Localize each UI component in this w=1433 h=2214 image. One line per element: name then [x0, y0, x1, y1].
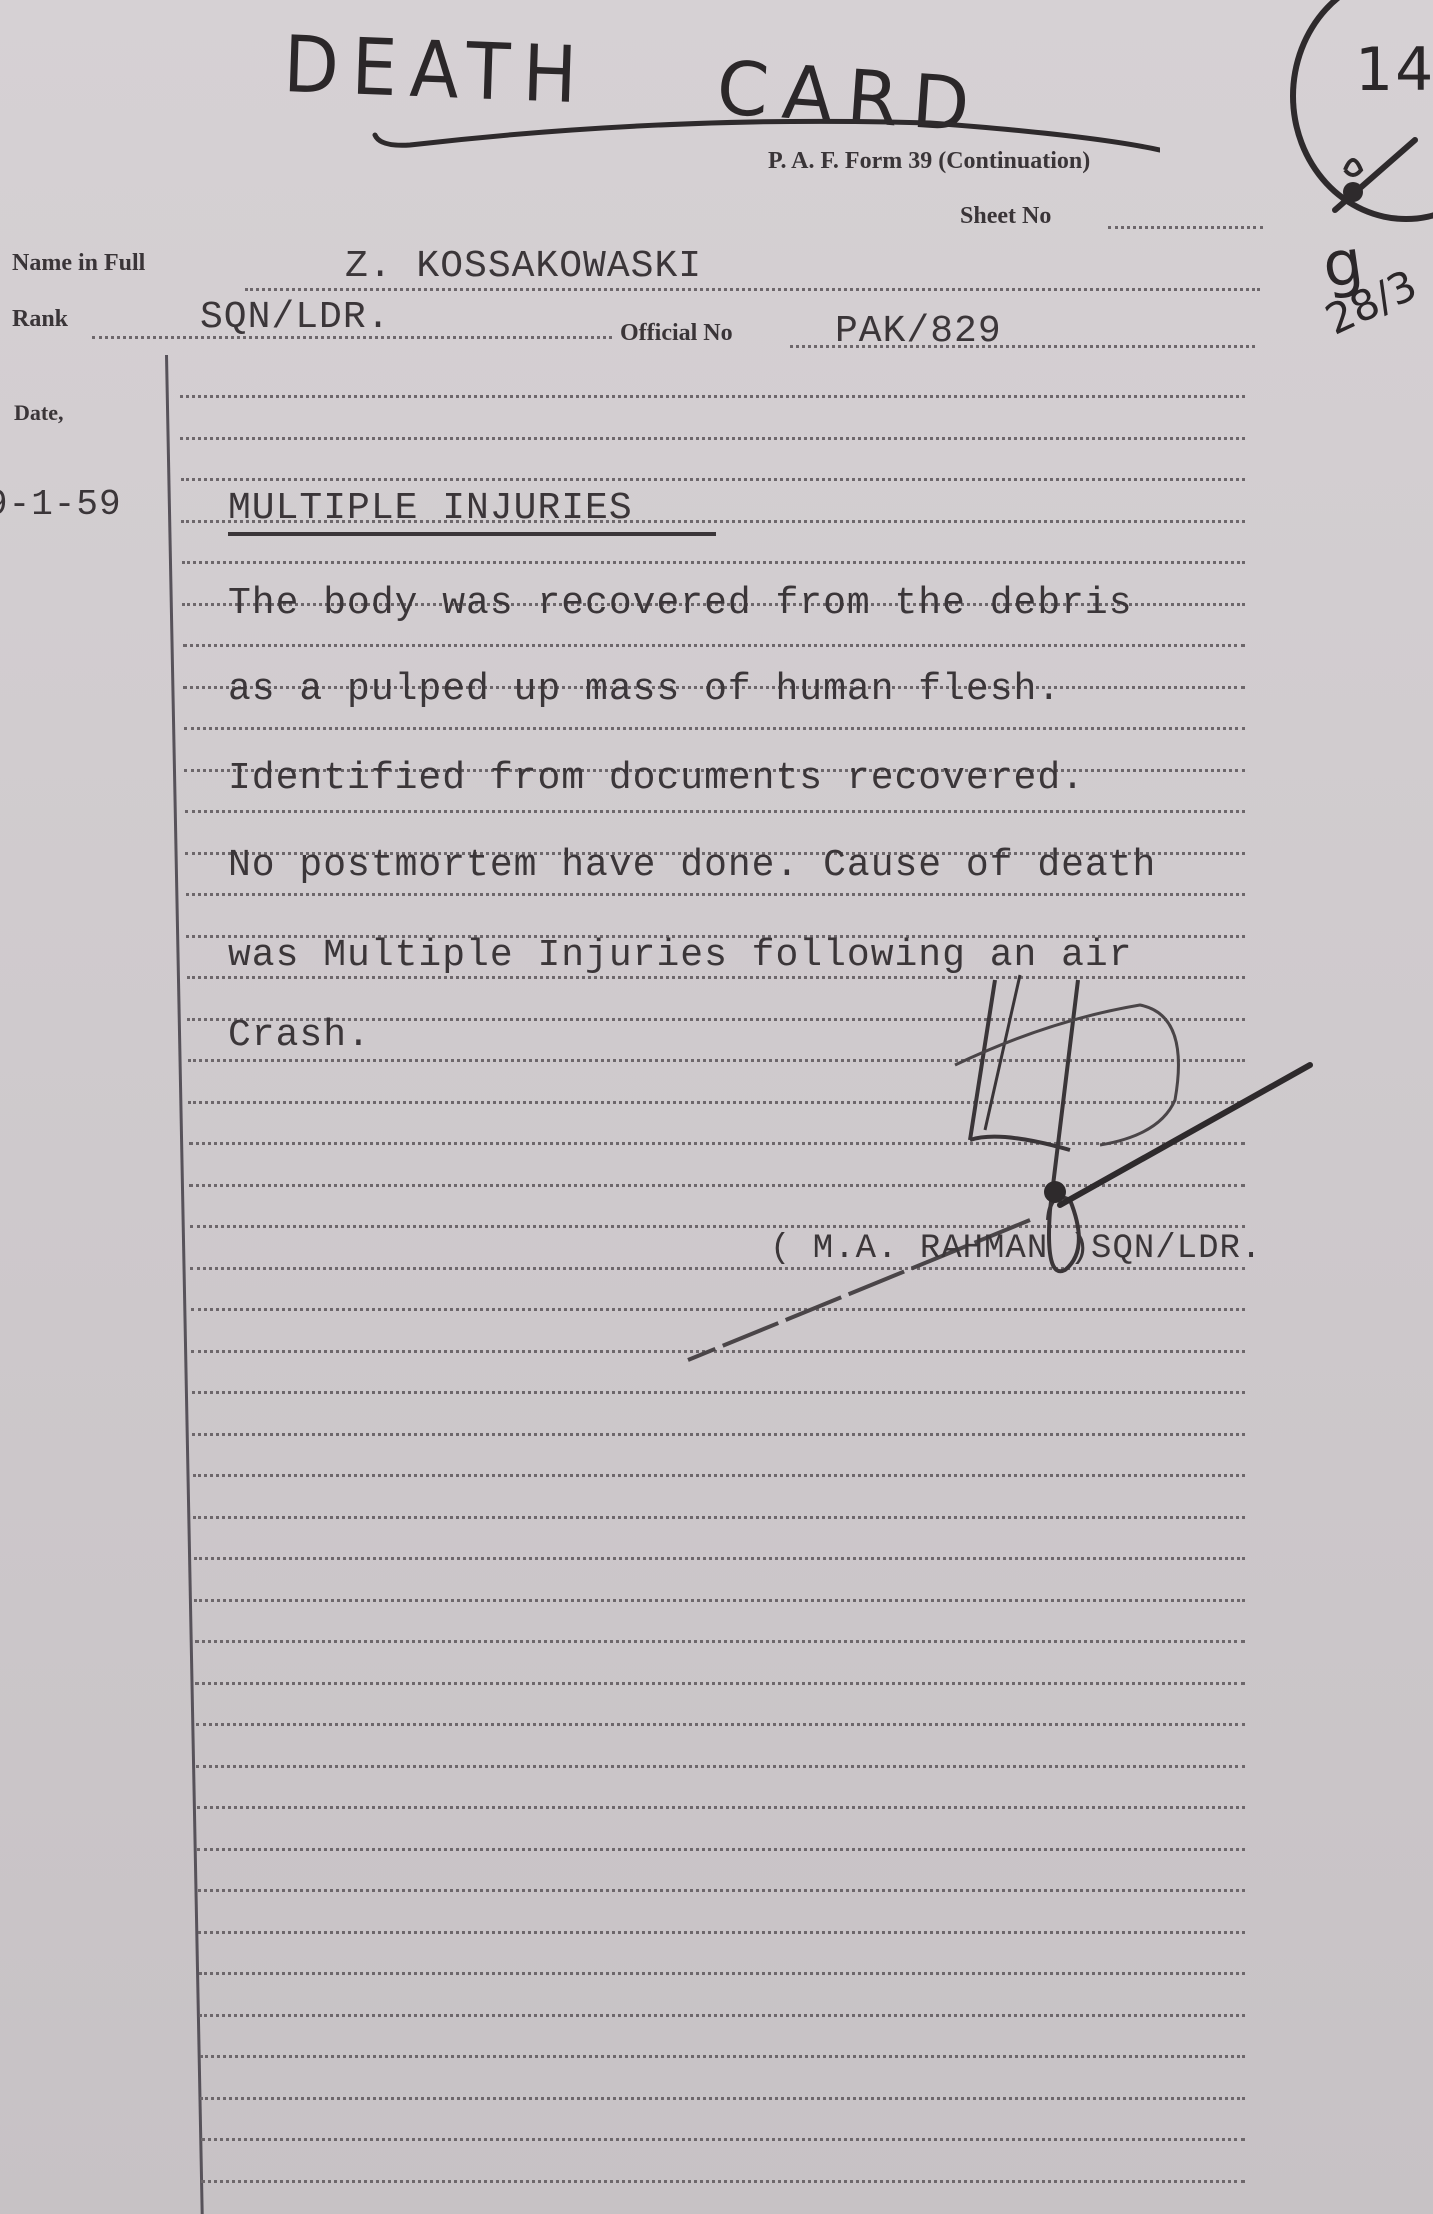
ruled-line	[194, 1599, 1245, 1602]
ruled-line	[196, 1765, 1245, 1768]
ruled-line	[195, 1682, 1245, 1685]
entry-line-4[interactable]: No postmortem have done. Cause of death	[228, 844, 1156, 887]
name-value[interactable]: Z. KOSSAKOWASKI	[345, 245, 702, 288]
ruled-line	[193, 1474, 1245, 1477]
ruled-line	[200, 2055, 1245, 2058]
ruled-line	[195, 1640, 1245, 1643]
tick-mark-icon	[1315, 130, 1433, 230]
entry-line-6[interactable]: Crash.	[228, 1014, 371, 1057]
form-label: P. A. F. Form 39 (Continuation)	[768, 148, 1090, 175]
ruled-line	[196, 1723, 1245, 1726]
ruled-line	[182, 561, 1245, 564]
ruled-line	[193, 1516, 1245, 1519]
ruled-line	[184, 727, 1245, 730]
ruled-line	[185, 810, 1245, 813]
entry-line-2[interactable]: as a pulped up mass of human flesh.	[228, 668, 1061, 711]
official-no-label: Official No	[620, 320, 733, 347]
ruled-line	[199, 1972, 1245, 1975]
signature-scrawl	[670, 960, 1330, 1380]
sheet-number-label: Sheet No	[960, 203, 1051, 230]
ruled-line	[198, 1931, 1245, 1934]
ruled-line	[180, 437, 1245, 440]
ruled-line	[180, 395, 1245, 398]
ruled-line	[194, 1557, 1245, 1560]
sheet-number-field[interactable]	[1108, 226, 1263, 229]
ruled-line	[186, 893, 1245, 896]
ruled-line	[201, 2138, 1245, 2141]
entry-heading[interactable]: MULTIPLE INJURIES	[228, 487, 633, 530]
name-label: Name in Full	[12, 250, 145, 277]
ruled-line	[201, 2180, 1245, 2183]
ruled-line	[200, 2097, 1245, 2100]
rank-value[interactable]: SQN/LDR.	[200, 296, 390, 339]
ruled-line	[181, 478, 1245, 481]
page-number-handwritten: 14	[1355, 35, 1433, 105]
ruled-line	[197, 1806, 1245, 1809]
ruled-line	[197, 1848, 1245, 1851]
date-column-divider	[165, 355, 204, 2214]
official-no-value[interactable]: PAK/829	[835, 310, 1002, 353]
name-field-line	[245, 288, 1260, 291]
ruled-line	[192, 1391, 1245, 1394]
entry-line-3[interactable]: Identified from documents recovered.	[228, 757, 1085, 800]
signatory-name[interactable]: ( M.A. RAHMAN )SQN/LDR.	[770, 1230, 1262, 1268]
ruled-line	[199, 2014, 1245, 2017]
entry-line-1[interactable]: The body was recovered from the debris	[228, 582, 1133, 625]
date-value[interactable]: 9-1-59	[0, 484, 122, 525]
rank-label: Rank	[12, 306, 68, 333]
ruled-line	[192, 1433, 1245, 1436]
form-sheet: DEATH CARD 14 g 28/3 P. A. F. Form 39 (C…	[0, 0, 1433, 2214]
ruled-line	[198, 1889, 1245, 1892]
ruled-line	[183, 644, 1245, 647]
date-label: Date,	[14, 400, 63, 426]
entry-heading-underline	[228, 532, 716, 536]
title-underline-stroke	[370, 95, 1160, 155]
